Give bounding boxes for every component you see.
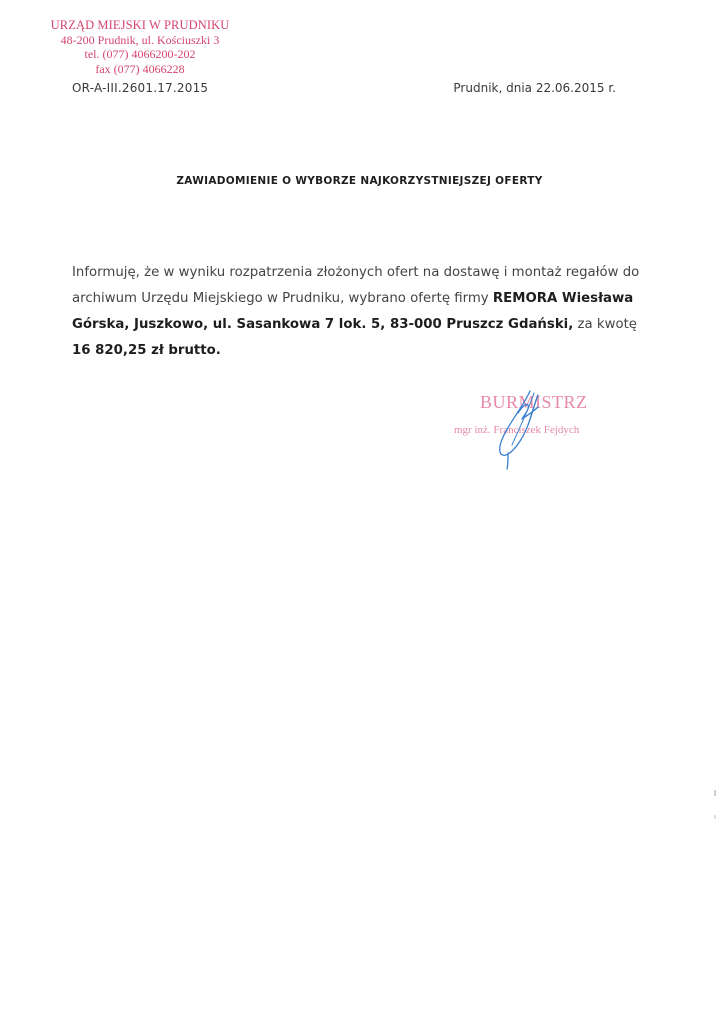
body-line-4: 16 820,25 zł brutto. [72,338,632,364]
company-name: REMORA Wiesława [493,291,633,306]
office-name: URZĄD MIEJSKI W PRUDNIKU [40,18,240,33]
body-line-2: archiwum Urzędu Miejskiego w Prudniku, w… [72,286,632,312]
office-phone: tel. (077) 4066200-202 [40,47,240,62]
office-fax: fax (077) 4066228 [40,62,240,77]
handwritten-signature-icon [478,385,558,470]
document-title: ZAWIADOMIENIE O WYBORZE NAJKORZYSTNIEJSZ… [0,175,719,187]
body-text-plain: za kwotę [573,317,637,332]
offer-amount: 16 820,25 zł brutto. [72,343,221,358]
body-line-3: Górska, Juszkowo, ul. Sasankowa 7 lok. 5… [72,312,632,338]
body-text-plain: archiwum Urzędu Miejskiego w Prudniku, w… [72,291,493,306]
office-address: 48-200 Prudnik, ul. Kościuszki 3 [40,33,240,48]
scan-artifact [714,815,716,819]
reference-number: OR-A-III.2601.17.2015 [72,81,208,95]
company-address: Górska, Juszkowo, ul. Sasankowa 7 lok. 5… [72,317,573,332]
letterhead-stamp: URZĄD MIEJSKI W PRUDNIKU 48-200 Prudnik,… [40,18,240,76]
body-line-1: Informuję, że w wyniku rozpatrzenia złoż… [72,260,632,286]
scan-artifact [714,790,716,796]
place-date: Prudnik, dnia 22.06.2015 r. [453,81,616,95]
notice-body: Informuję, że w wyniku rozpatrzenia złoż… [72,260,632,364]
